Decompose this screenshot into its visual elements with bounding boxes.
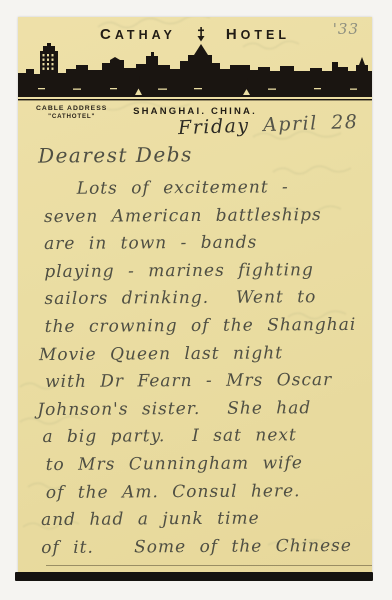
- letter-body: Lots of excitement -seven American battl…: [18, 174, 367, 563]
- year-annotation: '33: [333, 20, 359, 38]
- letter-line: of the Am. Consul here.: [46, 477, 367, 507]
- letter-line: Johnson's sister. She had: [37, 395, 366, 425]
- letter-line: playing - marines fighting: [44, 257, 365, 287]
- letter-line: the crowning of the Shanghai: [45, 312, 366, 342]
- hotel-name-right: HOTEL: [226, 26, 290, 43]
- shanghai-skyline-illustration: [18, 43, 372, 101]
- letter-line: seven American battleships: [44, 201, 365, 231]
- letter-line: Lots of excitement -: [77, 174, 365, 204]
- letter-line: to Mrs Cunningham wife: [46, 450, 367, 480]
- letter-line: with Dr Fearn - Mrs Oscar: [45, 367, 366, 397]
- down-arrow-icon: [196, 27, 206, 42]
- letter-line: of it. Some of the Chinese: [41, 533, 367, 563]
- hotel-name-heading: CATHAY HOTEL: [18, 26, 372, 43]
- hotel-name-left: CATHAY: [100, 26, 176, 43]
- scan-backing-edge: [15, 572, 373, 581]
- letter-line: are in town - bands: [44, 229, 365, 259]
- letter-line: a big party. I sat next: [42, 422, 366, 452]
- letter-paper: CATHAY HOTEL '33: [18, 17, 372, 572]
- letter-line: sailors drinking. Went to: [44, 284, 365, 314]
- date-day: Friday: [177, 115, 249, 139]
- letter-line: and had a junk time: [41, 505, 367, 535]
- letter-greeting: Dearest Debs: [38, 142, 193, 167]
- date-month-day: April 28: [262, 111, 358, 136]
- letter-line: Movie Queen last night: [39, 339, 366, 369]
- scanned-letter: CATHAY HOTEL '33: [0, 0, 392, 600]
